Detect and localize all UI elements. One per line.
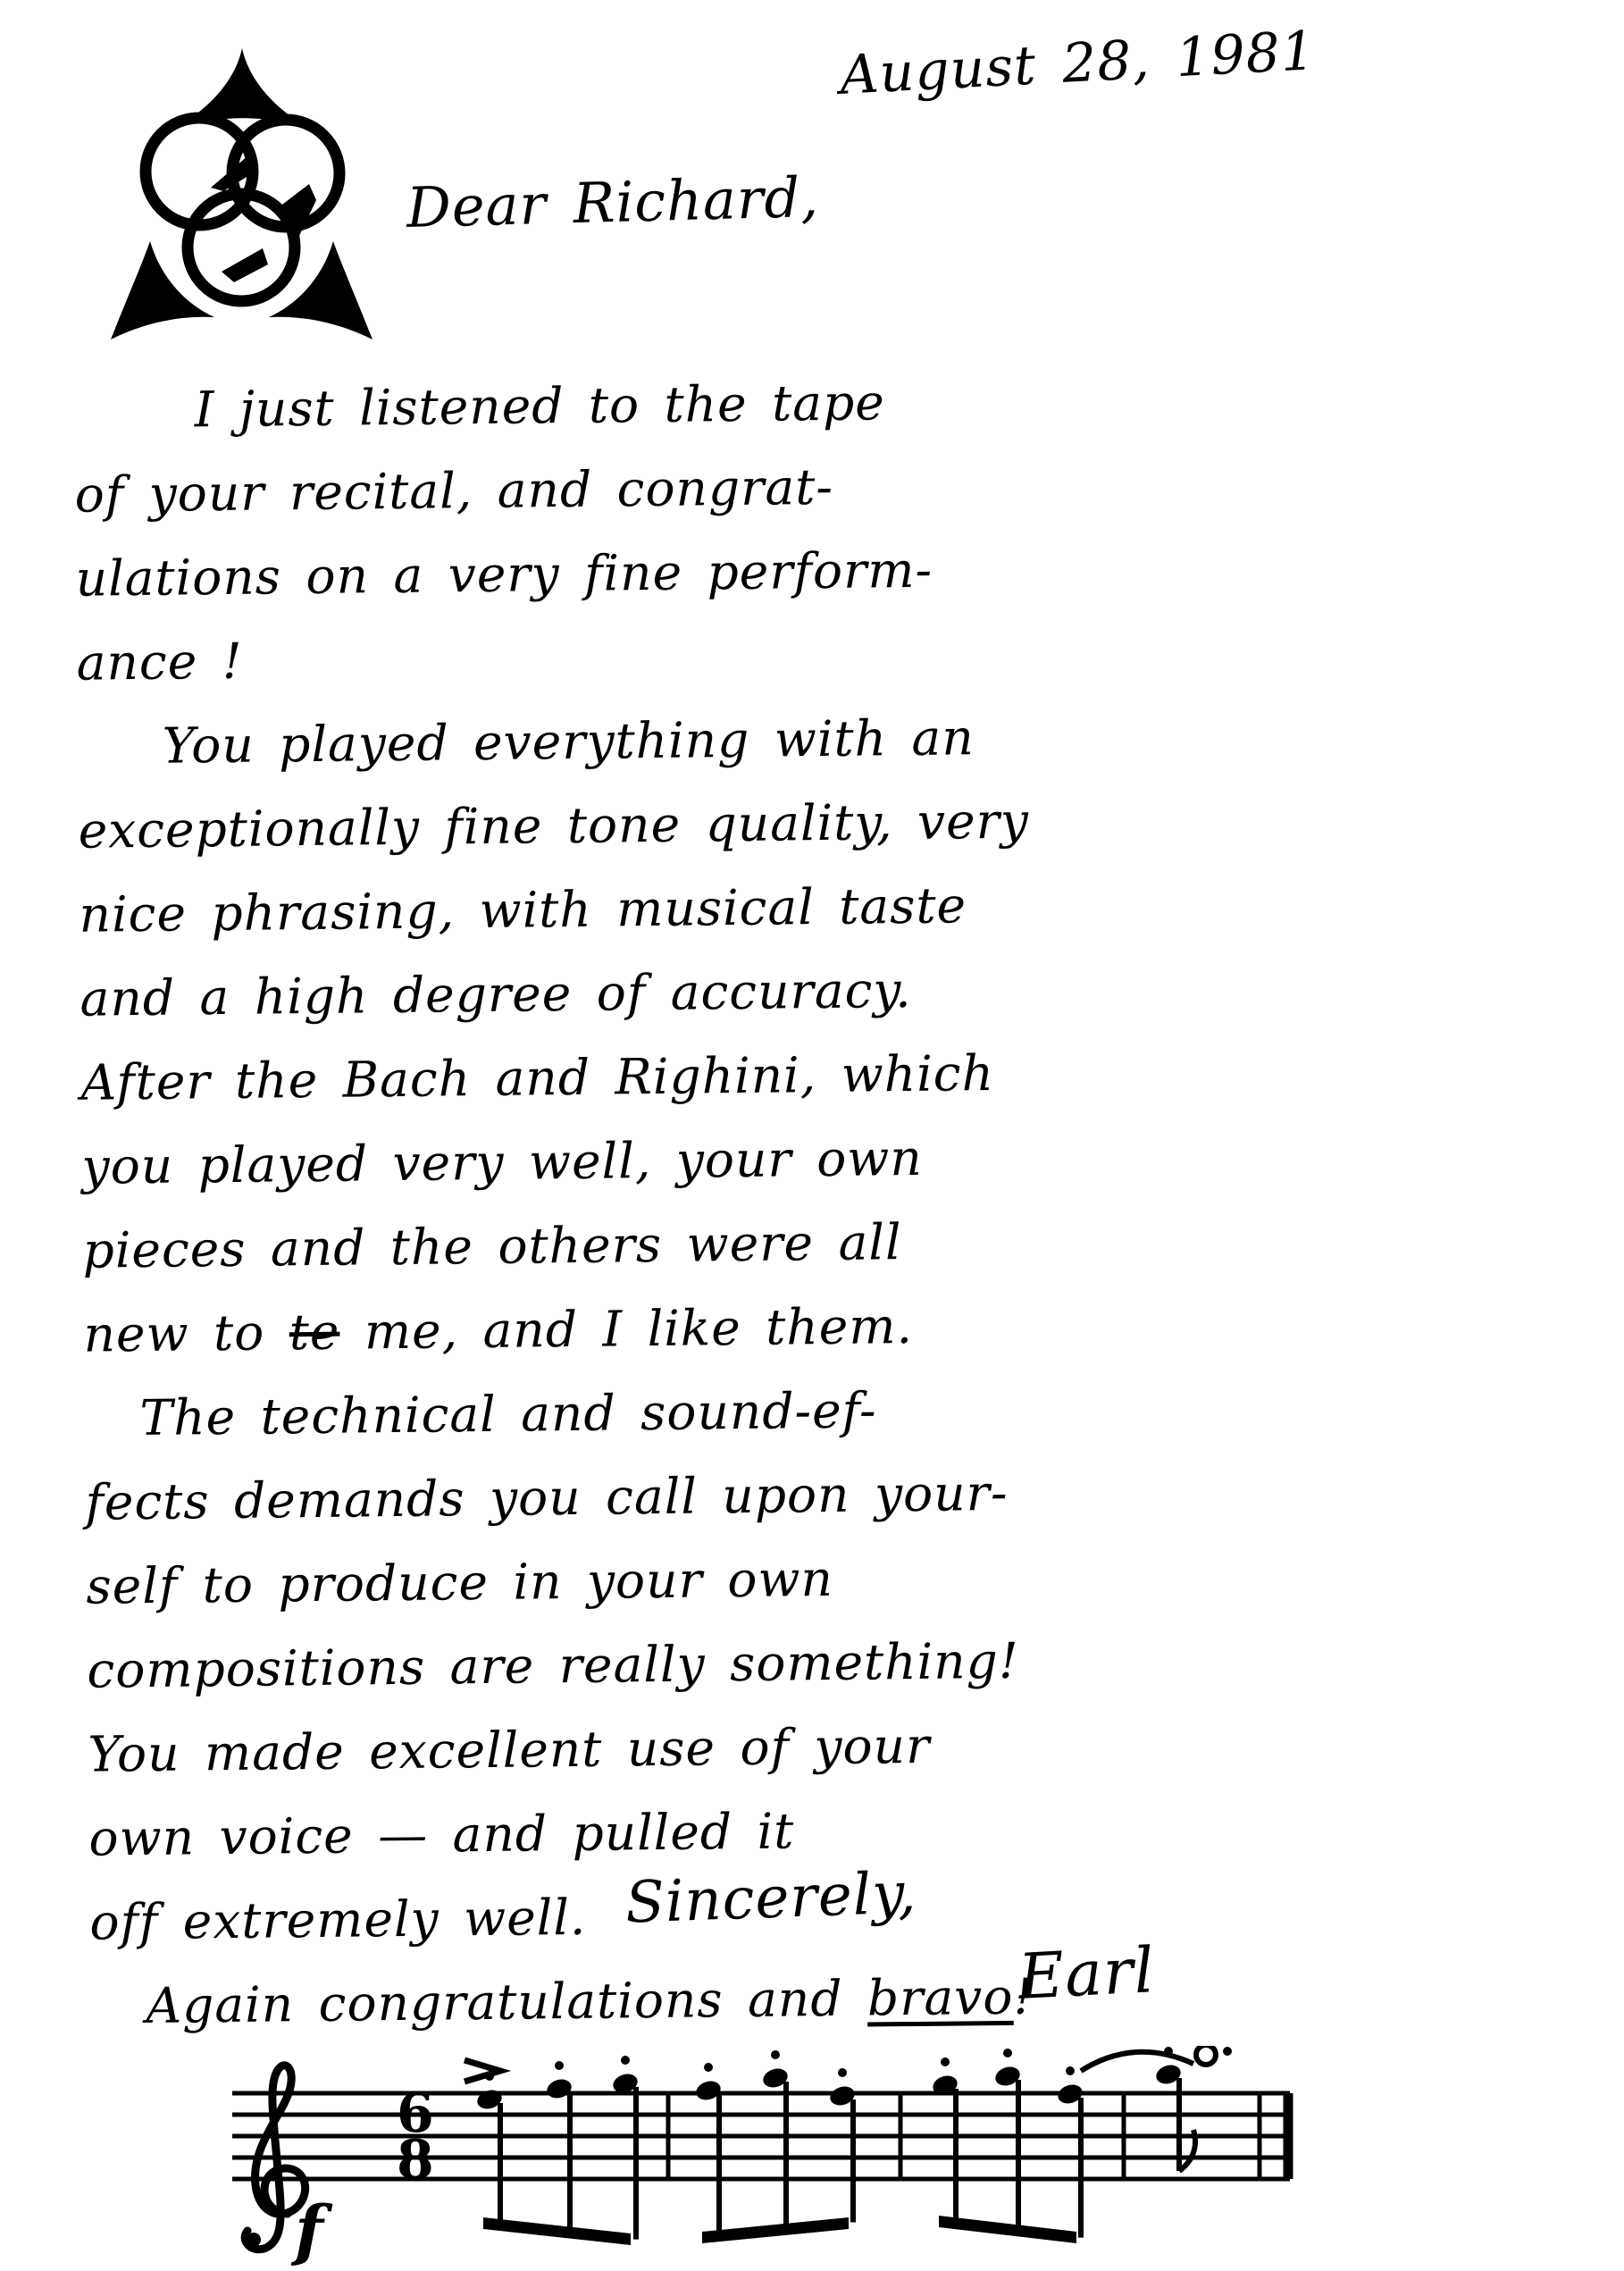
- music-quotation: 6 8 f: [222, 2046, 1302, 2271]
- dynamic-marking: f: [290, 2192, 333, 2269]
- underlined-word: bravo: [867, 1968, 1014, 2027]
- note-heads-and-beams: [475, 2047, 1195, 2245]
- letter-line: compositions are really something!: [87, 1613, 1570, 1712]
- letter-line: You played everything with an: [77, 689, 1561, 788]
- struck-out-word: te: [289, 1303, 339, 1362]
- emblem-spike-bottom-right: [269, 241, 373, 339]
- letter-signature: Earl: [1017, 1933, 1157, 2014]
- letter-closing: Sincerely,: [624, 1860, 918, 1936]
- scanned-letter-page: August 28, 1981 Dear Richard, I just lis…: [0, 0, 1624, 2271]
- staff-lines: [232, 2093, 1290, 2179]
- letter-line: fects demands you call upon your-: [85, 1445, 1569, 1544]
- letter-salutation: Dear Richard,: [406, 164, 820, 240]
- letter-line: After the Bach and Righini, which: [80, 1025, 1564, 1124]
- letter-line-part: me, and I like them.: [339, 1297, 913, 1361]
- three-ring-emblem-graphic: [88, 38, 396, 355]
- accent-mark-icon: [465, 2060, 500, 2082]
- letter-line: nice phrasing, with musical taste: [79, 857, 1562, 956]
- treble-clef-dot: [247, 2233, 261, 2247]
- letter-line-part: new to: [83, 1303, 289, 1362]
- letter-line: Again congratulations and bravo!: [90, 1948, 1574, 2048]
- letter-line: new to te me, and I like them.: [83, 1277, 1567, 1376]
- letter-line: and a high degree of accuracy.: [80, 941, 1563, 1040]
- letter-date: August 28, 1981: [839, 20, 1318, 107]
- letter-line: exceptionally fine tone quality, very: [78, 773, 1561, 872]
- letter-line: of your recital, and congrat-: [74, 437, 1558, 536]
- letter-body: I just listened to the tape of your reci…: [73, 353, 1574, 2048]
- letter-line: You made excellent use of your: [88, 1697, 1571, 1796]
- letter-line: ulations on a very fine perform-: [75, 521, 1559, 620]
- emblem-spike-bottom-left: [111, 241, 214, 339]
- emblem-mark-3: [222, 248, 268, 282]
- letter-line: I just listened to the tape: [73, 353, 1557, 452]
- ornament-icon: [1196, 2046, 1232, 2065]
- letter-line: pieces and the others were all: [82, 1193, 1566, 1292]
- letter-line-part: Again congratulations and: [146, 1970, 867, 2034]
- letter-line: self to produce in your own: [86, 1529, 1570, 1628]
- letter-line: The technical and sound-ef-: [84, 1361, 1568, 1460]
- time-signature-denominator: 8: [397, 2129, 434, 2191]
- letterhead-emblem: [88, 38, 396, 358]
- music-staff-graphic: 6 8 f: [222, 2046, 1302, 2271]
- letter-line: ance !: [76, 605, 1560, 704]
- emblem-spike-top: [173, 48, 311, 130]
- letter-line: you played very well, your own: [81, 1109, 1565, 1208]
